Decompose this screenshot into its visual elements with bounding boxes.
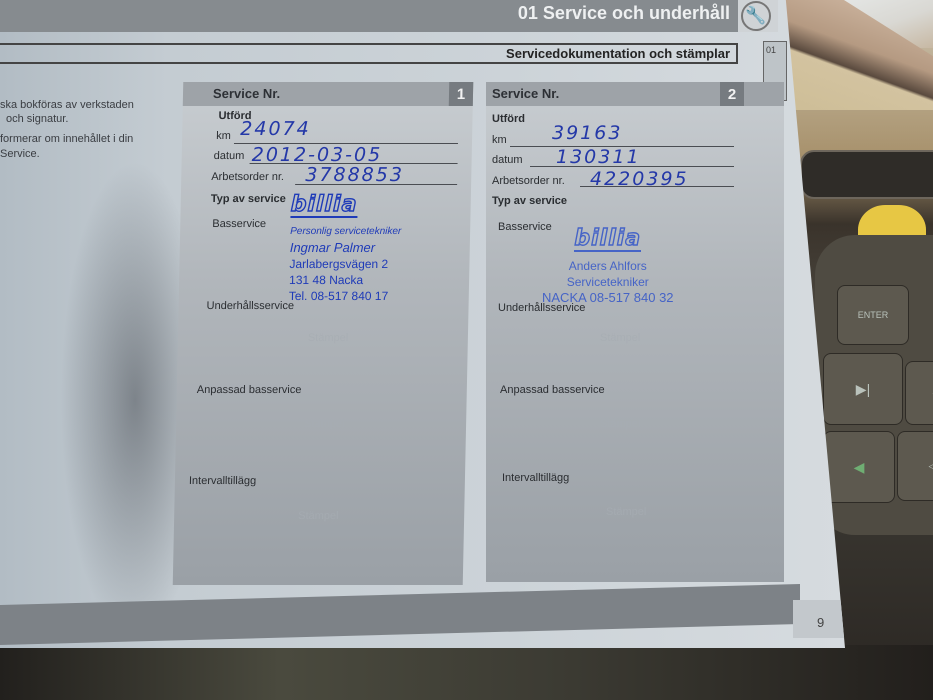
enter-phone-button[interactable]: ENTER	[837, 285, 909, 345]
anpassad-basservice-label: Anpassad basservice	[500, 384, 605, 396]
stamp-line: Tel. 08-517 840 17	[289, 288, 401, 304]
card-header: Service Nr. 2	[486, 82, 784, 106]
billia-logo: billia	[290, 194, 357, 218]
intro-line: formerar om innehållet i din	[0, 132, 133, 147]
enter-button-label: ENTER	[858, 310, 889, 320]
speaker-small-icon: ◁	[929, 461, 933, 472]
car-floor-background	[0, 645, 933, 700]
utford-label: Utförd	[492, 113, 525, 125]
chapter-title: 01 Service och underhåll	[518, 3, 738, 24]
km-label: km	[492, 134, 507, 146]
billia-stamp: billia Personlig servicetekniker Ingmar …	[289, 194, 402, 304]
km-value: 39163	[552, 122, 622, 144]
stamp-placeholder: Stämpel	[600, 332, 640, 344]
intro-line: och signatur.	[6, 112, 68, 127]
service-nr-label: Service Nr.	[492, 86, 559, 101]
stamp-line: 131 48 Nacka	[289, 272, 401, 288]
stamp-placeholder: Stämpel	[304, 418, 345, 430]
manual-page: 01 Service och underhåll 🔧 Servicedokume…	[0, 0, 845, 648]
chapter-tab-label: 01	[766, 45, 776, 55]
air-vent	[800, 150, 933, 199]
anpassad-basservice-label: Anpassad basservice	[197, 384, 302, 396]
typ-av-service-label: Typ av service	[211, 193, 286, 205]
typ-av-service-label: Typ av service	[492, 195, 567, 207]
stamp-placeholder: Stämpel	[606, 506, 646, 518]
arbetsorder-value: 3788853	[305, 164, 404, 186]
km-label: km	[216, 130, 231, 142]
datum-label: datum	[492, 154, 523, 166]
intro-line: ska bokföras av verkstaden	[0, 98, 134, 113]
datum-value: 2012-03-05	[252, 144, 383, 166]
service-number-badge: 1	[449, 82, 474, 106]
service-nr-label: Service Nr.	[213, 86, 281, 101]
service-number-badge: 2	[720, 82, 744, 106]
arbetsorder-value: 4220395	[590, 168, 689, 190]
datum-value: 130311	[556, 146, 641, 168]
billia-logo: billia	[574, 228, 641, 252]
stamp-line: Ingmar Palmer	[290, 240, 402, 256]
steering-wheel: ENTER ▶| ◀ ◁ ◁	[815, 235, 933, 535]
service-card-1: Service Nr. 1 Utförd km 24074 datum 2012…	[173, 82, 474, 585]
billia-stamp: billia Anders Ahlfors Servicetekniker NA…	[542, 228, 674, 306]
volume-up-button[interactable]: ◁	[905, 361, 933, 425]
page-number: 9	[817, 615, 824, 630]
basservice-label: Basservice	[212, 218, 266, 230]
volume-down-button[interactable]: ◁	[897, 431, 933, 501]
arbetsorder-label: Arbetsorder nr.	[492, 175, 565, 187]
service-card-2: Service Nr. 2 Utförd km 39163 datum 1303…	[486, 82, 784, 582]
stamp-line: Personlig servicetekniker	[290, 224, 402, 240]
section-title: Servicedokumentation och stämplar	[506, 46, 730, 61]
skip-forward-icon: ▶|	[856, 381, 870, 398]
chapter-header: 01 Service och underhåll	[0, 0, 738, 32]
arbetsorder-label: Arbetsorder nr.	[211, 171, 284, 183]
stamp-line: Anders Ahlfors	[542, 258, 674, 274]
underhallsservice-label: Underhållsservice	[206, 300, 294, 312]
left-arrow-button[interactable]: ◀	[823, 431, 895, 503]
intervalltillagg-label: Intervalltillägg	[189, 475, 257, 487]
section-header: Servicedokumentation och stämplar	[0, 43, 738, 64]
km-value: 24074	[240, 118, 311, 140]
next-track-button[interactable]: ▶|	[823, 353, 903, 425]
intro-line: Service.	[0, 147, 40, 162]
stamp-placeholder: Stämpel	[298, 510, 339, 522]
arrow-left-icon: ◀	[854, 459, 865, 476]
wrench-icon: 🔧	[741, 1, 771, 31]
intervalltillagg-label: Intervalltillägg	[502, 472, 569, 484]
stamp-line: Servicetekniker	[542, 274, 674, 290]
stamp-placeholder: Stämpel	[308, 332, 349, 344]
underhallsservice-label: Underhållsservice	[498, 302, 585, 314]
datum-label: datum	[214, 150, 245, 162]
stamp-line: Jarlabergsvägen 2	[289, 256, 401, 272]
card-header: Service Nr. 1	[183, 82, 474, 106]
stamp-placeholder: Stämpel	[600, 418, 640, 430]
